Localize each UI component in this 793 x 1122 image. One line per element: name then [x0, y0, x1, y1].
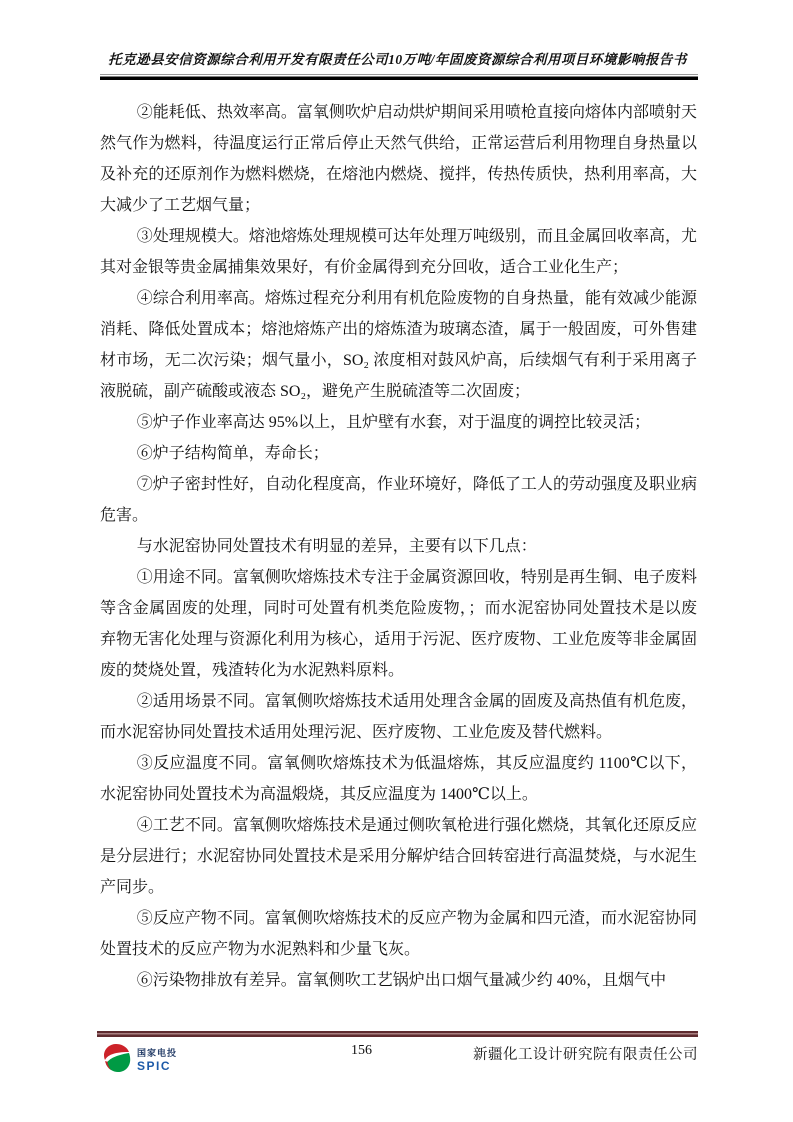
spic-logo-cn: 国家电投 [137, 1049, 177, 1058]
header-rule [100, 74, 698, 80]
paragraph: ⑥污染物排放有差异。富氧侧吹工艺锅炉出口烟气量减少约 40%，且烟气中 [100, 965, 697, 996]
spic-logo-text: 国家电投 SPIC [137, 1049, 177, 1072]
paragraph: ⑤反应产物不同。富氧侧吹熔炼技术的反应产物为金属和四元渣，而水泥窑协同处置技术的… [100, 903, 697, 965]
paragraph: ⑤炉子作业率高达 95%以上，且炉壁有水套，对于温度的调控比较灵活； [100, 407, 697, 438]
footer-rule [97, 1031, 698, 1037]
paragraph: ③反应温度不同。富氧侧吹熔炼技术为低温熔炼，其反应温度约 1100℃以下，水泥窑… [100, 748, 697, 810]
footer-company-name: 新疆化工设计研究院有限责任公司 [473, 1043, 698, 1064]
spic-logo-icon [101, 1042, 133, 1079]
spic-logo-en: SPIC [137, 1060, 177, 1072]
paragraph: ④工艺不同。富氧侧吹熔炼技术是通过侧吹氧枪进行强化燃烧，其氧化还原反应是分层进行… [100, 810, 697, 903]
paragraph: 与水泥窑协同处置技术有明显的差异，主要有以下几点： [100, 531, 697, 562]
paragraph: ⑥炉子结构简单，寿命长； [100, 438, 697, 469]
paragraph: ①用途不同。富氧侧吹熔炼技术专注于金属资源回收，特别是再生铜、电子废料等含金属固… [100, 562, 697, 686]
paragraph: ⑦炉子密封性好，自动化程度高，作业环境好，降低了工人的劳动强度及职业病危害。 [100, 469, 697, 531]
paragraph: ②能耗低、热效率高。富氧侧吹炉启动烘炉期间采用喷枪直接向熔体内部喷射天然气作为燃… [100, 97, 697, 221]
paragraph: ④综合利用率高。熔炼过程充分利用有机危险废物的自身热量，能有效减少能源消耗、降低… [100, 283, 697, 407]
page-footer: 国家电投 SPIC 156 新疆化工设计研究院有限责任公司 [97, 1040, 698, 1086]
spic-logo: 国家电投 SPIC [101, 1042, 177, 1079]
page-header-title: 托克逊县安信资源综合利用开发有限责任公司10万吨/年固废资源综合利用项目环境影响… [97, 48, 698, 68]
document-page: 托克逊县安信资源综合利用开发有限责任公司10万吨/年固废资源综合利用项目环境影响… [0, 0, 793, 1122]
body-text: ②能耗低、热效率高。富氧侧吹炉启动烘炉期间采用喷枪直接向熔体内部喷射天然气作为燃… [100, 97, 697, 996]
paragraph: ②适用场景不同。富氧侧吹熔炼技术适用处理含金属的固废及高热值有机危废，而水泥窑协… [100, 686, 697, 748]
paragraph: ③处理规模大。熔池熔炼处理规模可达年处理万吨级别，而且金属回收率高，尤其对金银等… [100, 221, 697, 283]
page-number: 156 [351, 1043, 372, 1059]
